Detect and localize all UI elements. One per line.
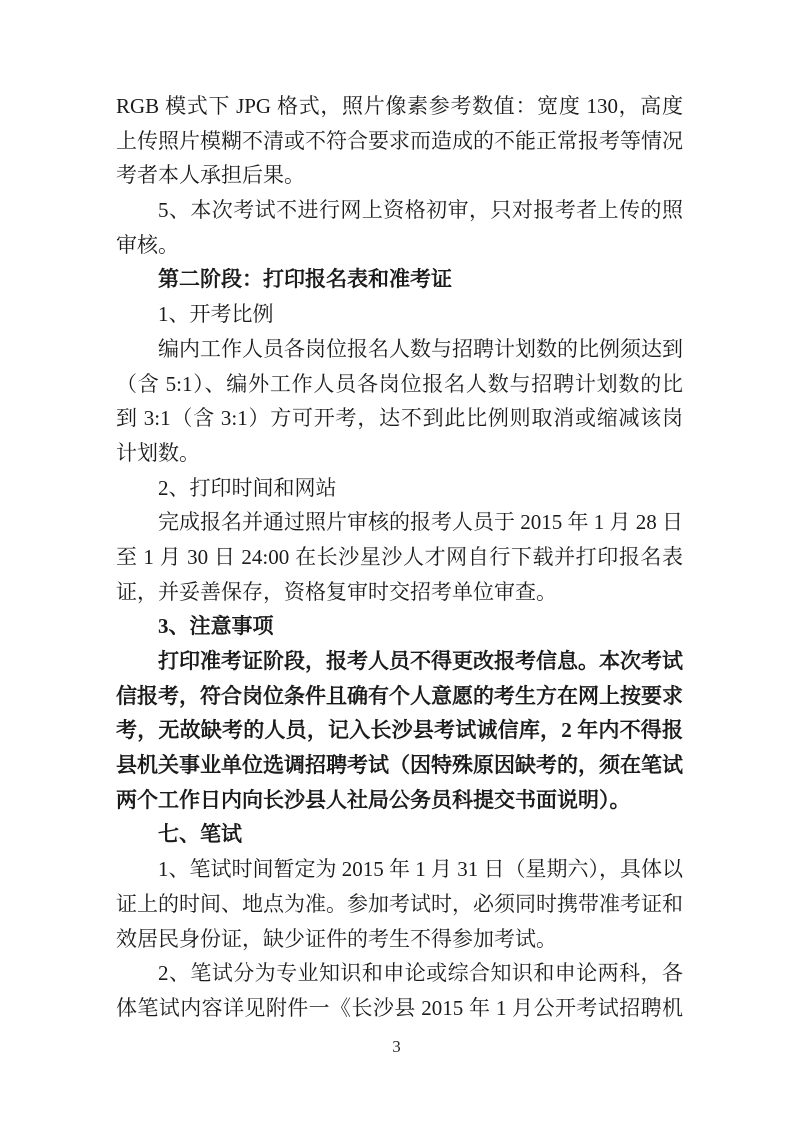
body-line: 计划数。 bbox=[116, 436, 683, 471]
body-line: 考，无故缺考的人员，记入长沙县考试诚信库，2 年内不得报考长沙 bbox=[116, 713, 683, 748]
body-line: 完成报名并通过照片审核的报考人员于 2015 年 1 月 28 日 9:00 bbox=[116, 505, 683, 540]
body-line: 两个工作日内向长沙县人社局公务员科提交书面说明）。 bbox=[116, 783, 683, 818]
heading-section-seven-written-test: 七、笔试 bbox=[116, 817, 683, 852]
body-line: 审核。 bbox=[116, 228, 683, 263]
body-line: 证，并妥善保存，资格复审时交招考单位审查。 bbox=[116, 575, 683, 610]
body-line: 证上的时间、地点为准。参加考试时，必须同时携带准考证和本人有 bbox=[116, 887, 683, 922]
body-line: 效居民身份证，缺少证件的考生不得参加考试。 bbox=[116, 922, 683, 957]
body-line: RGB 模式下 JPG 格式，照片像素参考数值：宽度 130，高度 170)。因 bbox=[116, 89, 683, 124]
body-line: 信报考，符合岗位条件且确有个人意愿的考生方在网上按要求报名参 bbox=[116, 679, 683, 714]
body-line: （含 5:1）、编外工作人员各岗位报名人数与招聘计划数的比例须达 bbox=[116, 367, 683, 402]
page-number: 3 bbox=[0, 1036, 793, 1058]
subheading-notes: 3、注意事项 bbox=[116, 609, 683, 644]
subheading-open-exam-ratio: 1、开考比例 bbox=[116, 297, 683, 332]
body-line: 至 1 月 30 日 24:00 在长沙星沙人才网自行下载并打印报名表和准考 bbox=[116, 540, 683, 575]
body-line: 编内工作人员各岗位报名人数与招聘计划数的比例须达到 5:1 bbox=[116, 332, 683, 367]
document-page: RGB 模式下 JPG 格式，照片像素参考数值：宽度 130，高度 170)。因… bbox=[0, 0, 793, 1123]
body-line: 上传照片模糊不清或不符合要求而造成的不能正常报考等情况由报 bbox=[116, 124, 683, 159]
subheading-print-time-website: 2、打印时间和网站 bbox=[116, 471, 683, 506]
heading-stage-two: 第二阶段：打印报名表和准考证 bbox=[116, 262, 683, 297]
document-body: RGB 模式下 JPG 格式，照片像素参考数值：宽度 130，高度 170)。因… bbox=[116, 89, 683, 1026]
body-line: 2、笔试分为专业知识和申论或综合知识和申论两科，各岗位具 bbox=[116, 956, 683, 991]
body-line: 体笔试内容详见附件一《长沙县 2015 年 1 月公开考试招聘机关事业 bbox=[116, 991, 683, 1026]
body-line: 考者本人承担后果。 bbox=[116, 158, 683, 193]
body-line: 到 3:1（含 3:1）方可开考，达不到此比例则取消或缩减该岗位招聘 bbox=[116, 401, 683, 436]
body-line: 5、本次考试不进行网上资格初审，只对报考者上传的照片进行 bbox=[116, 193, 683, 228]
body-line: 县机关事业单位选调招聘考试（因特殊原因缺考的，须在笔试结束后 bbox=[116, 748, 683, 783]
body-line: 1、笔试时间暂定为 2015 年 1 月 31 日（星期六），具体以准考 bbox=[116, 852, 683, 887]
body-line: 打印准考证阶段，报考人员不得更改报考信息。本次考试实行诚 bbox=[116, 644, 683, 679]
